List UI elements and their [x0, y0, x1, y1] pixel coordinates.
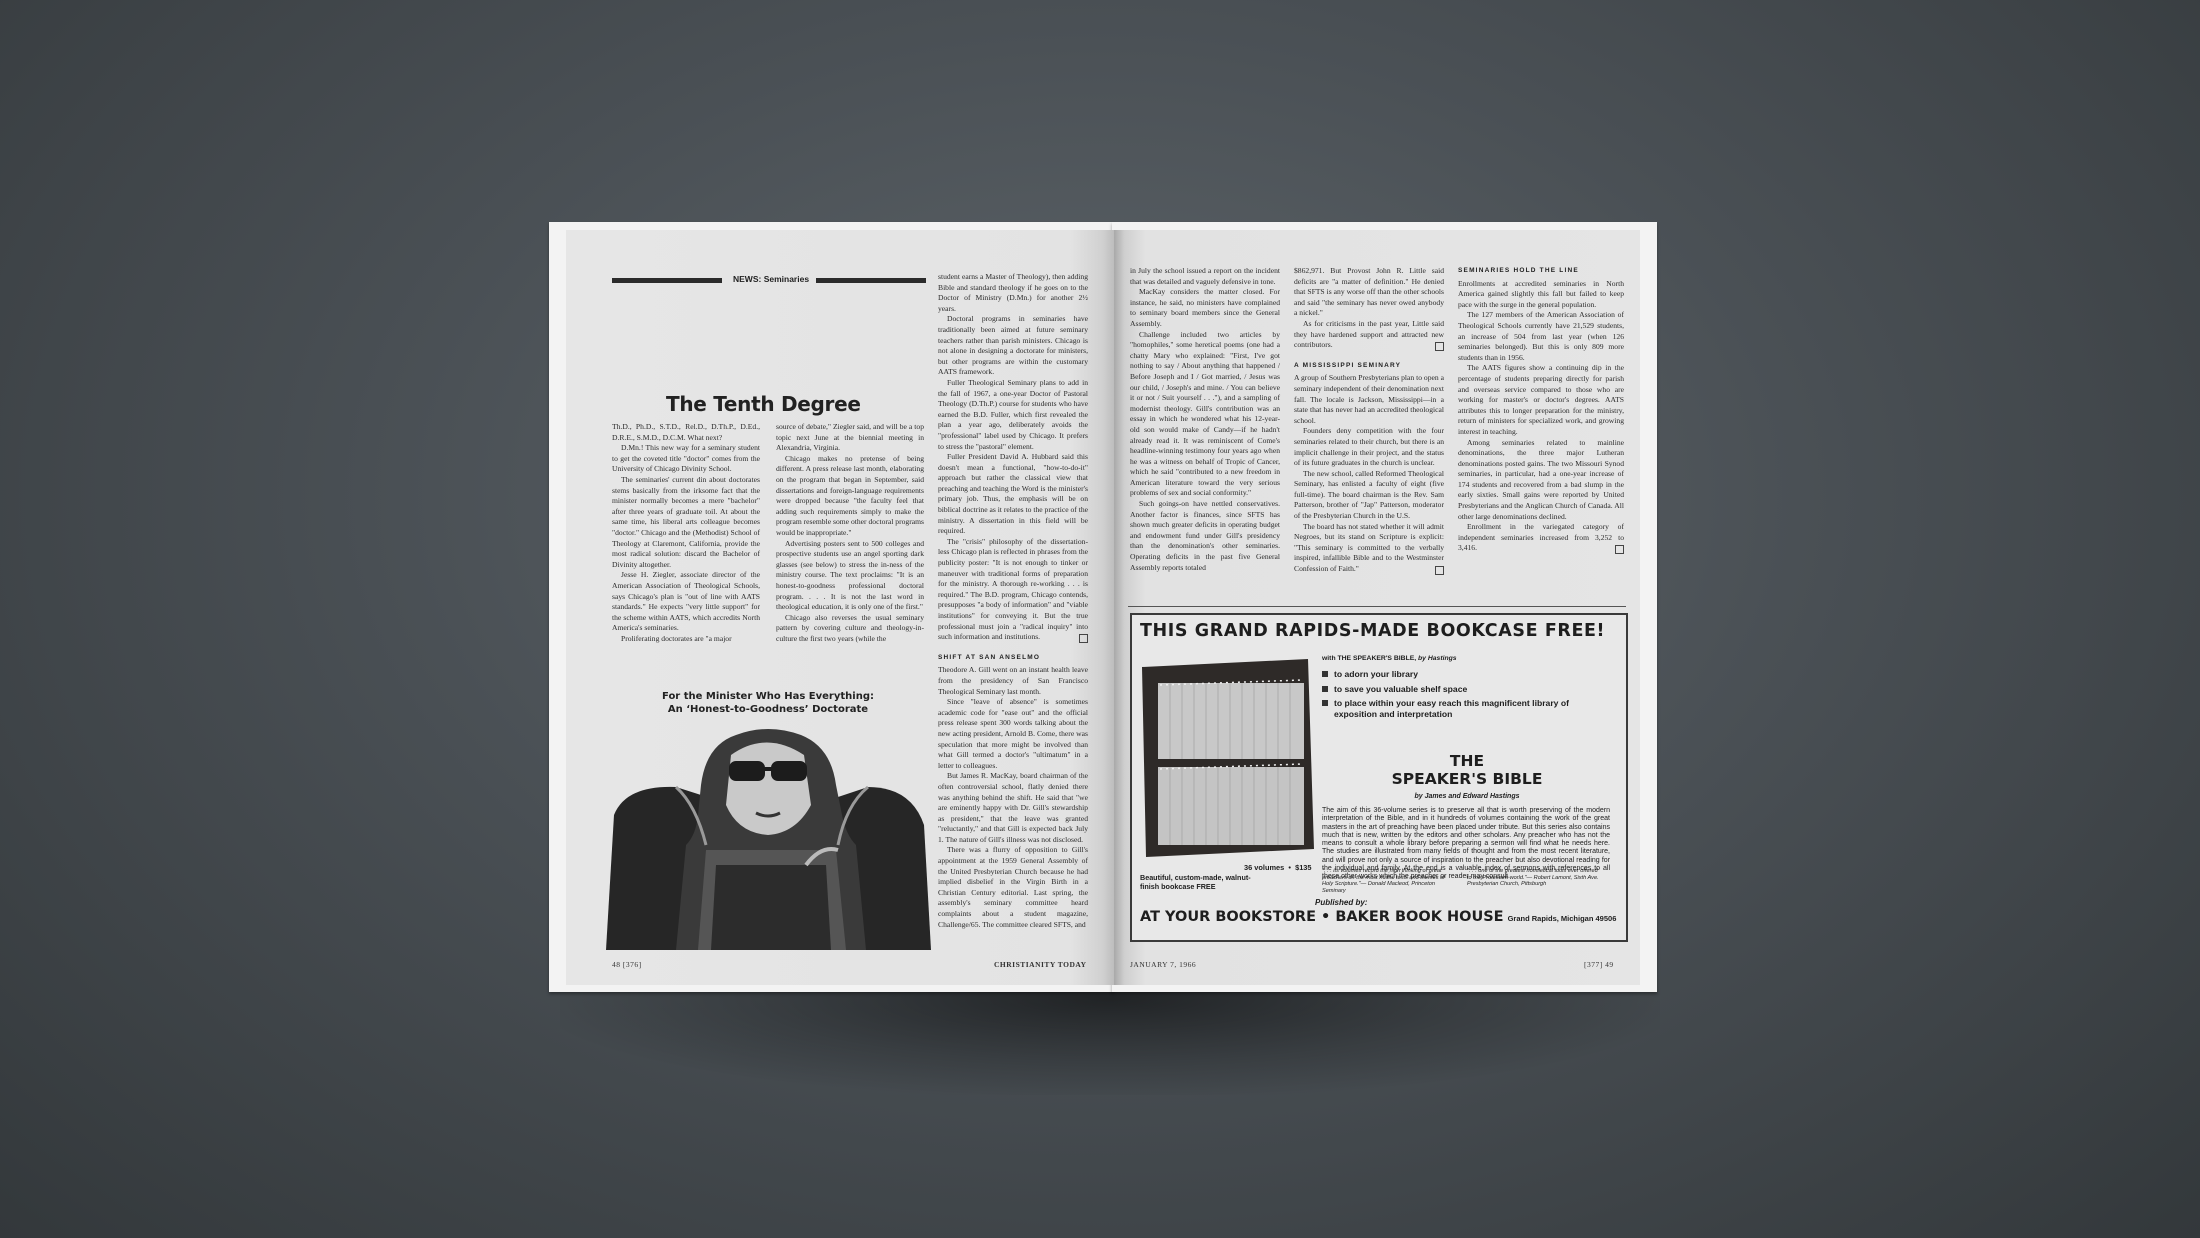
price: $135: [1295, 863, 1311, 872]
paragraph: Enrollment in the variegated category of…: [1458, 522, 1624, 554]
ad-bullet: to save you valuable shelf space: [1322, 684, 1574, 695]
paragraph: MacKay considers the matter closed. For …: [1130, 287, 1280, 329]
paragraph: Challenge included two articles by "homo…: [1130, 330, 1280, 500]
paragraph: student earns a Master of Theology), the…: [938, 272, 1088, 314]
paragraph: The AATS figures show a continuing dip i…: [1458, 363, 1624, 437]
with-by-text: by Hastings: [1418, 655, 1457, 662]
volumes-count: 36 volumes: [1244, 863, 1284, 872]
bookstore-publisher: AT YOUR BOOKSTORE • BAKER BOOK HOUSE: [1140, 909, 1504, 925]
baker-book-house-ad: THIS GRAND RAPIDS-MADE BOOKCASE FREE! wi…: [1130, 613, 1628, 942]
ad-published-by: Published by:: [1315, 898, 1367, 907]
photo-caption: For the Minister Who Has Everything: An …: [612, 690, 924, 716]
paragraph: Advertising posters sent to 500 colleges…: [776, 539, 924, 613]
article-column-1: Th.D., Ph.D., S.T.D., Rel.D., D.Th.P., D…: [612, 422, 760, 644]
article-column-3: student earns a Master of Theology), the…: [938, 272, 1088, 930]
right-page: in July the school issued a report on th…: [1114, 230, 1640, 985]
paragraph: Fuller President David A. Hubbard said t…: [938, 452, 1088, 537]
caption-line-1: For the Minister Who Has Everything:: [612, 690, 924, 703]
paragraph: Doctoral programs in seminaries have tra…: [938, 314, 1088, 378]
ad-quote-macleod: ". . . its volumes record the high think…: [1322, 868, 1457, 894]
ad-bullet: to place within your easy reach this mag…: [1322, 698, 1574, 719]
paragraph: The board has not stated whether it will…: [1294, 522, 1444, 575]
article-column-6: SEMINARIES HOLD THE LINE Enrollments at …: [1458, 266, 1624, 554]
left-page: NEWS: Seminaries The Tenth Degree Th.D.,…: [566, 230, 1114, 985]
ad-book-title-line-2: SPEAKER'S BIBLE: [1322, 771, 1612, 788]
issue-date: JANUARY 7, 1966: [1130, 960, 1196, 969]
paragraph: $862,971. But Provost John R. Little sai…: [1294, 266, 1444, 319]
paragraph: There was a flurry of opposition to Gill…: [938, 845, 1088, 930]
end-mark-icon: [1615, 545, 1624, 554]
article-column-2: source of debate," Ziegler said, and wil…: [776, 422, 924, 644]
bookcase-illustration: [1140, 653, 1316, 863]
ad-with-line: with THE SPEAKER'S BIBLE, by Hastings: [1322, 655, 1457, 662]
paragraph: source of debate," Ziegler said, and wil…: [776, 422, 924, 454]
right-folio: [377] 49: [1584, 960, 1614, 969]
end-mark-icon: [1435, 566, 1444, 575]
paragraph: Since "leave of absence" is sometimes ac…: [938, 697, 1088, 771]
ad-bullet-list: to adorn your library to save you valuab…: [1322, 669, 1574, 723]
paragraph: Jesse H. Ziegler, associate director of …: [612, 570, 760, 634]
ad-book-title-line-1: THE: [1322, 753, 1612, 770]
paragraph: in July the school issued a report on th…: [1130, 266, 1280, 287]
ad-byline: by James and Edward Hastings: [1322, 793, 1612, 800]
end-mark-icon: [1435, 342, 1444, 351]
ad-bottom-line: AT YOUR BOOKSTORE • BAKER BOOK HOUSEGran…: [1140, 909, 1616, 925]
ad-bullet: to adorn your library: [1322, 669, 1574, 680]
section-rule-left: [612, 278, 722, 283]
left-folio: 48 [376]: [612, 960, 642, 969]
paragraph: The new school, called Reformed Theologi…: [1294, 469, 1444, 522]
paragraph-text: As for criticisms in the past year, Litt…: [1294, 319, 1444, 349]
angel-sunglasses-photo: [606, 725, 931, 950]
ad-bookcase-caption: Beautiful, custom-made, walnut-finish bo…: [1140, 873, 1260, 891]
ad-headline: THIS GRAND RAPIDS-MADE BOOKCASE FREE!: [1140, 621, 1605, 641]
article-column-4: in July the school issued a report on th…: [1130, 266, 1280, 573]
paragraph: The "crisis" philosophy of the dissertat…: [938, 537, 1088, 643]
separator-dot: •: [1288, 863, 1291, 872]
paragraph: Fuller Theological Seminary plans to add…: [938, 378, 1088, 452]
paragraph: Chicago also reverses the usual seminary…: [776, 613, 924, 645]
paragraph: Proliferating doctorates are "a major: [612, 634, 760, 645]
with-text: with THE SPEAKER'S BIBLE,: [1322, 655, 1416, 662]
paragraph: Among seminaries related to mainline den…: [1458, 438, 1624, 523]
paragraph: Chicago makes no pretense of being diffe…: [776, 454, 924, 539]
paragraph: Founders deny competition with the four …: [1294, 426, 1444, 468]
paragraph: Theodore A. Gill went on an instant heal…: [938, 665, 1088, 697]
ad-quote-lamont: ". . . one of the greatest homiletical t…: [1467, 868, 1602, 888]
paragraph-text: The "crisis" philosophy of the dissertat…: [938, 537, 1088, 641]
end-mark-icon: [1079, 634, 1088, 643]
paragraph: Such goings-on have nettled conservative…: [1130, 499, 1280, 573]
publication-name: CHRISTIANITY TODAY: [994, 960, 1087, 969]
paragraph-text: Enrollment in the variegated category of…: [1458, 522, 1624, 552]
paragraph: Enrollments at accredited seminaries in …: [1458, 279, 1624, 311]
magazine-shadow: [560, 975, 1660, 1095]
subhead-shift-at-san-anselmo: SHIFT AT SAN ANSELMO: [938, 653, 1088, 664]
subhead-mississippi-seminary: A MISSISSIPPI SEMINARY: [1294, 361, 1444, 372]
paragraph: But James R. MacKay, board chairman of t…: [938, 771, 1088, 845]
ad-volumes-price: 36 volumes • $135: [1244, 863, 1312, 872]
paragraph: Th.D., Ph.D., S.T.D., Rel.D., D.Th.P., D…: [612, 422, 760, 443]
section-rule-right: [816, 278, 926, 283]
paragraph-text: The board has not stated whether it will…: [1294, 522, 1444, 573]
section-label: NEWS: Seminaries: [733, 274, 809, 284]
ad-separator-rule: [1128, 606, 1626, 607]
publisher-address: Grand Rapids, Michigan 49506: [1508, 914, 1617, 923]
article-column-5: $862,971. But Provost John R. Little sai…: [1294, 266, 1444, 575]
paragraph: The seminaries' current din about doctor…: [612, 475, 760, 570]
paragraph: As for criticisms in the past year, Litt…: [1294, 319, 1444, 351]
caption-line-2: An ‘Honest-to-Goodness’ Doctorate: [612, 703, 924, 716]
paragraph: The 127 members of the American Associat…: [1458, 310, 1624, 363]
subhead-seminaries-hold-the-line: SEMINARIES HOLD THE LINE: [1458, 266, 1624, 277]
article-headline: The Tenth Degree: [666, 392, 861, 416]
paragraph: D.Mn.! This new way for a seminary stude…: [612, 443, 760, 475]
paragraph: A group of Southern Presbyterians plan t…: [1294, 373, 1444, 426]
